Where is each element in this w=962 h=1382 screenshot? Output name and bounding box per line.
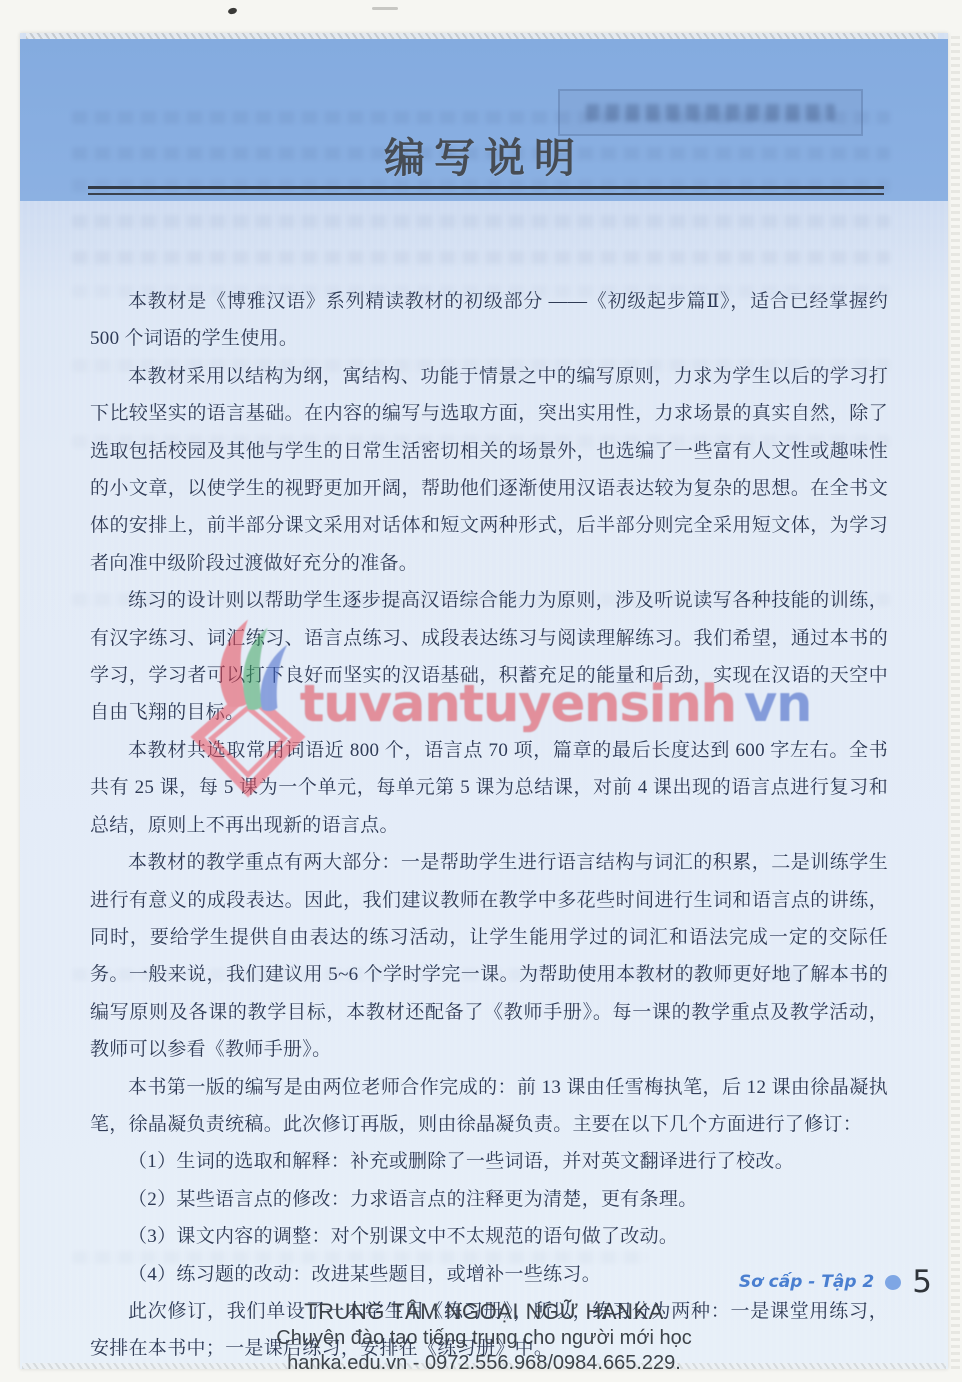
folio-row: Sơ cấp - Tập 2 5 xyxy=(739,1265,932,1299)
paragraph: 本教材是《博雅汉语》系列精读教材的初级部分 ——《初级起步篇Ⅱ》，适合已经掌握约… xyxy=(90,283,888,358)
title-underline xyxy=(88,186,884,195)
scanned-page-screenshot: { "document": { "title": "编写说明", "paragr… xyxy=(0,0,962,1382)
revision-item: （3）课文内容的调整：对个别课文中不太规范的语句做了改动。 xyxy=(90,1218,888,1255)
revision-item: （1）生词的选取和解释：补充或删除了一些词语，并对英文翻译进行了校改。 xyxy=(90,1143,888,1180)
footer-line-3: hanka.edu.vn - 0972.556.968/0984.665.229… xyxy=(20,1352,948,1375)
scan-speck xyxy=(227,7,237,15)
scan-smudge xyxy=(372,7,398,10)
folio-dot-icon xyxy=(885,1275,901,1290)
series-label: Sơ cấp - Tập 2 xyxy=(739,1272,874,1292)
paragraph: 练习的设计则以帮助学生逐步提高汉语综合能力为原则，涉及听说读写各种技能的训练，有… xyxy=(90,582,888,732)
footer-stamp: TRUNG TÂM NGOẠI NGỮ HANKA Chuyên đào tạo… xyxy=(20,1299,948,1375)
page-title: 编写说明 xyxy=(20,125,948,184)
revision-item: （2）某些语言点的修改：力求语言点的注释更为清楚，更有条理。 xyxy=(90,1181,888,1218)
bleedthrough-box-text xyxy=(586,104,835,121)
paragraph: 本教材共选取常用词语近 800 个，语言点 70 项，篇章的最后长度达到 600… xyxy=(90,732,888,844)
footer-line-2: Chuyên đào tạo tiếng trung cho người mới… xyxy=(20,1327,948,1350)
bleedthrough-line xyxy=(72,215,890,228)
page-number: 5 xyxy=(912,1264,932,1300)
bleedthrough-line xyxy=(72,251,890,264)
paragraph: 本教材采用以结构为纲，寓结构、功能于情景之中的编写原则，力求为学生以后的学习打下… xyxy=(90,358,888,582)
paragraph: 本教材的教学重点有两大部分：一是帮助学生进行语言结构与词汇的积累，二是训练学生进… xyxy=(90,844,888,1068)
header-band: 编写说明 xyxy=(20,39,948,201)
document-body: 本教材是《博雅汉语》系列精读教材的初级部分 ——《初级起步篇Ⅱ》，适合已经掌握约… xyxy=(90,283,888,1368)
scan-edge-hatch-right xyxy=(951,33,960,1369)
page: 编写说明 本教材是《博雅汉语》系列精读教材的初级部分 ——《初级起步篇Ⅱ》，适合… xyxy=(20,33,948,1369)
footer-line-1: TRUNG TÂM NGOẠI NGỮ HANKA xyxy=(20,1299,948,1325)
paragraph: 本书第一版的编写是由两位老师合作完成的：前 13 课由任雪梅执笔，后 12 课由… xyxy=(90,1069,888,1144)
